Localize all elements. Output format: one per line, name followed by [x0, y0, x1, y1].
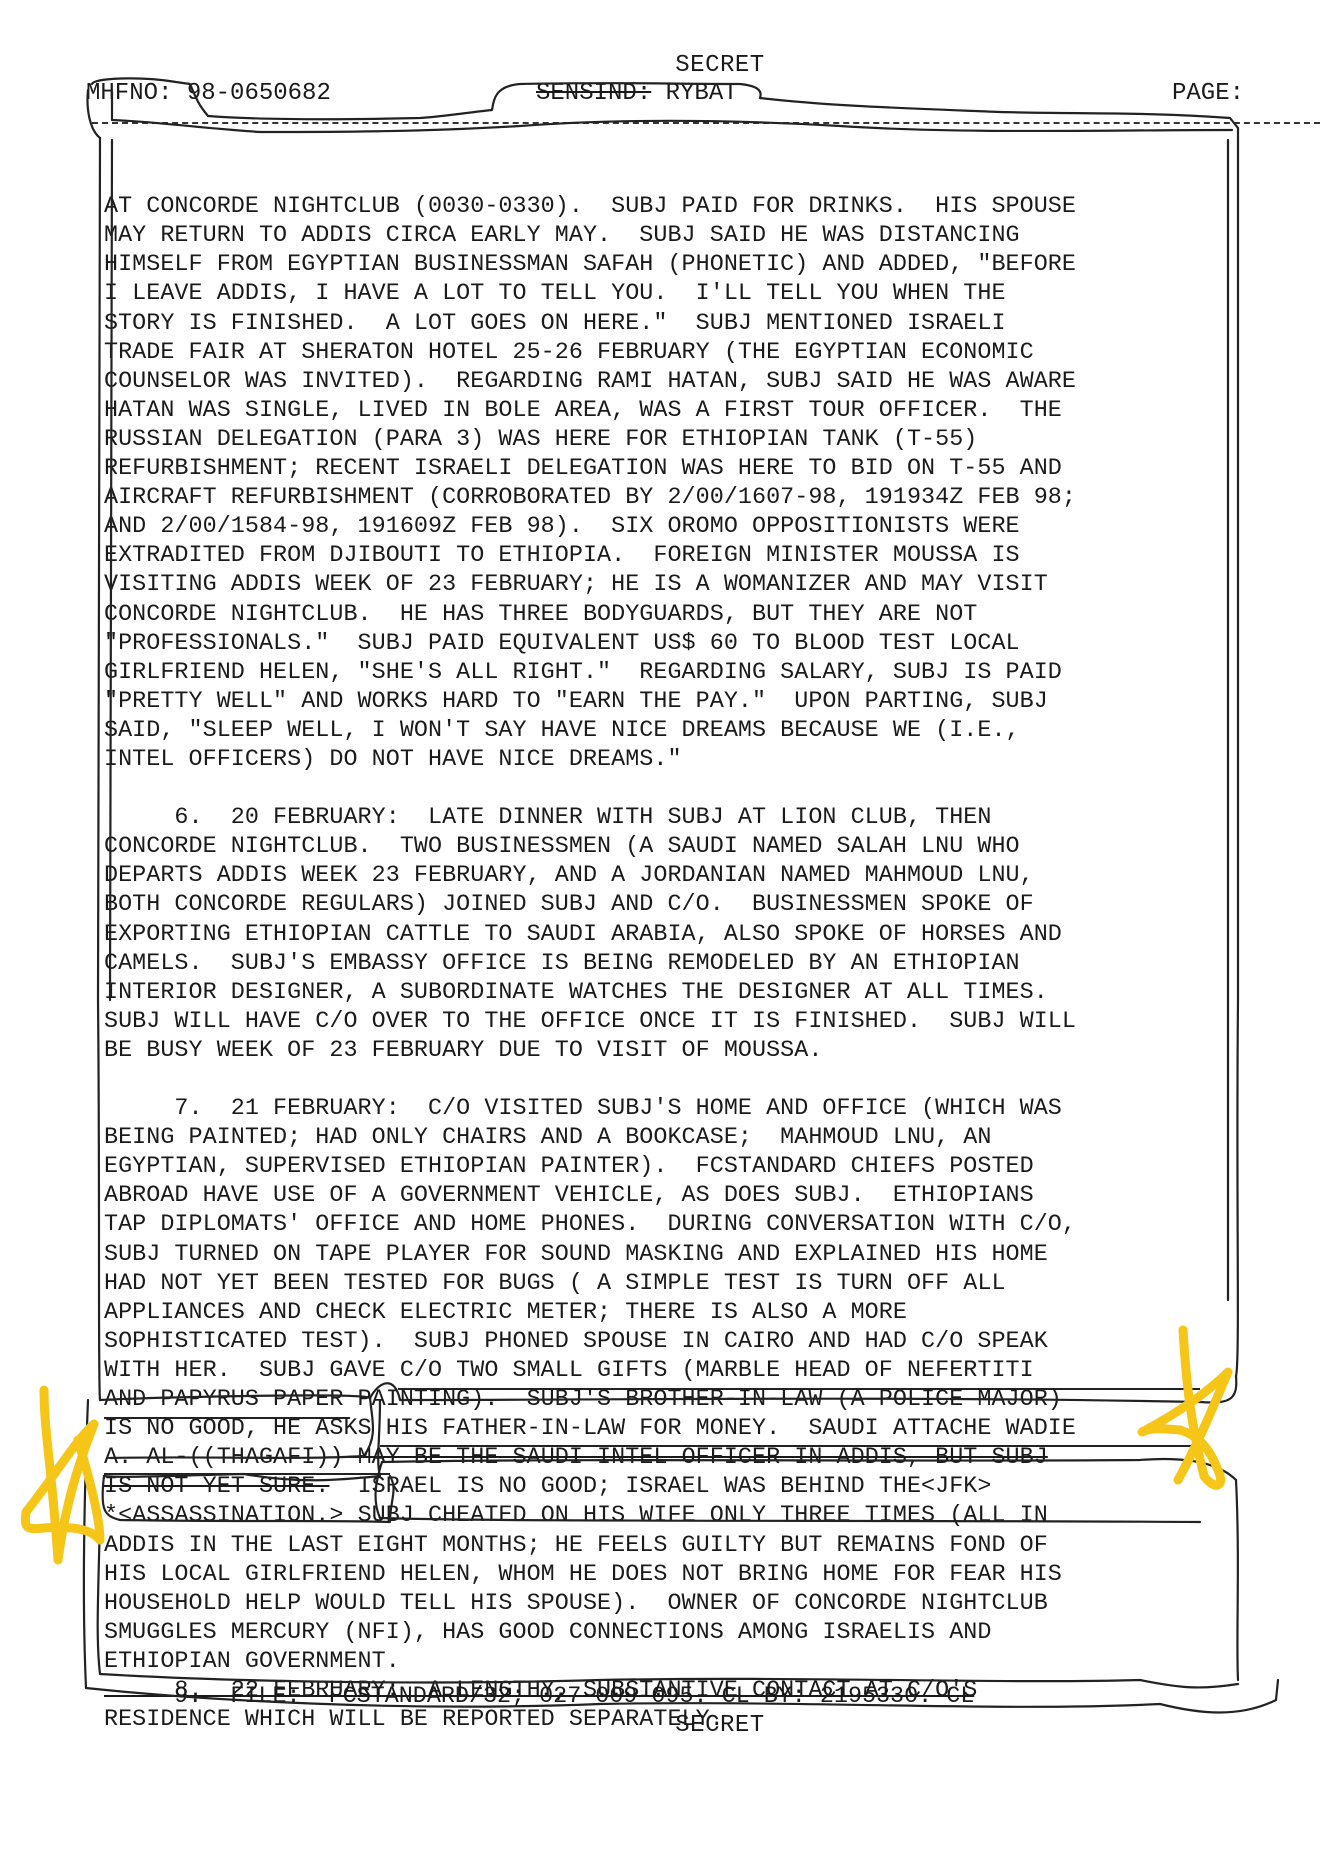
left-border — [97, 138, 100, 1400]
text-line: BE BUSY WEEK OF 23 FEBRUARY DUE TO VISIT… — [104, 1037, 1264, 1066]
text-line: SAID, "SLEEP WELL, I WON'T SAY HAVE NICE… — [104, 717, 1264, 746]
text-line: SUBJ WILL HAVE C/O OVER TO THE OFFICE ON… — [104, 1008, 1264, 1037]
text-line: "PRETTY WELL" AND WORKS HARD TO "EARN TH… — [104, 688, 1264, 717]
text-line: TRADE FAIR AT SHERATON HOTEL 25-26 FEBRU… — [104, 339, 1264, 368]
thagafi-name: A. AL-((THAGAFI)) — [104, 1445, 343, 1471]
file-line: 9. FILE: FCSTANDARD/32; 027-009-095. CL … — [104, 1684, 974, 1710]
text-segment: SUBJ CHEATED ON HIS WIFE ONLY THREE TIME… — [343, 1503, 1047, 1529]
text-line: CAMELS. SUBJ'S EMBASSY OFFICE IS BEING R… — [104, 950, 1264, 979]
text-line: AND 2/00/1584-98, 191609Z FEB 98). SIX O… — [104, 513, 1264, 542]
text-line: 7. 21 FEBRUARY: C/O VISITED SUBJ'S HOME … — [104, 1095, 1264, 1124]
text-line: EGYPTIAN, SUPERVISED ETHIOPIAN PAINTER).… — [104, 1153, 1264, 1182]
text-line: GIRLFRIEND HELEN, "SHE'S ALL RIGHT." REG… — [104, 659, 1264, 688]
text-line: STORY IS FINISHED. A LOT GOES ON HERE." … — [104, 310, 1264, 339]
text-line: ABROAD HAVE USE OF A GOVERNMENT VEHICLE,… — [104, 1182, 1264, 1211]
text-line: CONCORDE NIGHTCLUB. HE HAS THREE BODYGUA… — [104, 601, 1264, 630]
header-divider — [92, 122, 1320, 124]
sensind-field: SENSIND: RYBAT — [536, 80, 738, 107]
redacted-line: A. AL-((THAGAFI)) MAY BE THE SAUDI INTEL… — [104, 1444, 1264, 1473]
text-line: "PROFESSIONALS." SUBJ PAID EQUIVALENT US… — [104, 630, 1264, 659]
document-page: SECRET MHFNO: 98-0650682 SENSIND: RYBAT … — [0, 0, 1320, 1873]
text-line: BOTH CONCORDE REGULARS) JOINED SUBJ AND … — [104, 891, 1264, 920]
star-mark-left-icon — [25, 1390, 100, 1560]
mhfno-field: MHFNO: 98-0650682 — [86, 80, 331, 107]
text-line: INTERIOR DESIGNER, A SUBORDINATE WATCHES… — [104, 979, 1264, 1008]
text-line: WITH HER. SUBJ GAVE C/O TWO SMALL GIFTS … — [104, 1357, 1264, 1386]
classification-bottom: SECRET — [0, 1712, 1320, 1739]
struck-text: IS NOT YET SURE. — [104, 1474, 329, 1500]
text-line: AND PAPYRUS PAPER PAINTING). SUBJ'S BROT… — [104, 1386, 1264, 1415]
redacted-line: *<ASSASSINATION.> SUBJ CHEATED ON HIS WI… — [104, 1502, 1264, 1531]
cable-body: AT CONCORDE NIGHTCLUB (0030-0330). SUBJ … — [104, 135, 1264, 1735]
sensind-value: RYBAT — [666, 80, 738, 107]
struck-text: MAY BE THE SAUDI INTEL OFFICER IN ADDIS,… — [343, 1445, 1047, 1471]
text-line: I LEAVE ADDIS, I HAVE A LOT TO TELL YOU.… — [104, 280, 1264, 309]
text-line: COUNSELOR WAS INVITED). REGARDING RAMI H… — [104, 368, 1264, 397]
text-line: EXPORTING ETHIOPIAN CATTLE TO SAUDI ARAB… — [104, 921, 1264, 950]
assassination-text: *<ASSASSINATION.> — [104, 1503, 343, 1529]
text-segment: ISRAEL IS NO GOOD; ISRAEL WAS BEHIND THE… — [329, 1474, 991, 1500]
mhfno-label: MHFNO: — [86, 80, 172, 107]
text-line: DEPARTS ADDIS WEEK 23 FEBRUARY, AND A JO… — [104, 862, 1264, 891]
text-line: 6. 20 FEBRUARY: LATE DINNER WITH SUBJ AT… — [104, 804, 1264, 833]
text-line: IS NO GOOD, HE ASKS HIS FATHER-IN-LAW FO… — [104, 1415, 1264, 1444]
mhfno-value: 98-0650682 — [187, 80, 331, 107]
text-line: AIRCRAFT REFURBISHMENT (CORROBORATED BY … — [104, 484, 1264, 513]
classification-top: SECRET — [0, 52, 1320, 79]
text-line: REFURBISHMENT; RECENT ISRAELI DELEGATION… — [104, 455, 1264, 484]
text-line: ETHIOPIAN GOVERNMENT. — [104, 1648, 1264, 1677]
text-line: HIMSELF FROM EGYPTIAN BUSINESSMAN SAFAH … — [104, 251, 1264, 280]
text-line — [104, 1066, 1264, 1095]
text-line: BEING PAINTED; HAD ONLY CHAIRS AND A BOO… — [104, 1124, 1264, 1153]
text-line: ADDIS IN THE LAST EIGHT MONTHS; HE FEELS… — [104, 1532, 1264, 1561]
text-line: APPLIANCES AND CHECK ELECTRIC METER; THE… — [104, 1299, 1264, 1328]
text-line: EXTRADITED FROM DJIBOUTI TO ETHIOPIA. FO… — [104, 542, 1264, 571]
text-line: HIS LOCAL GIRLFRIEND HELEN, WHOM HE DOES… — [104, 1561, 1264, 1590]
text-line: MAY RETURN TO ADDIS CIRCA EARLY MAY. SUB… — [104, 222, 1264, 251]
text-line: SMUGGLES MERCURY (NFI), HAS GOOD CONNECT… — [104, 1619, 1264, 1648]
file-line-text: 9. FILE: FCSTANDARD/32; 027-009-095. CL … — [104, 1684, 974, 1710]
text-line: INTEL OFFICERS) DO NOT HAVE NICE DREAMS.… — [104, 746, 1264, 775]
text-line: HAD NOT YET BEEN TESTED FOR BUGS ( A SIM… — [104, 1270, 1264, 1299]
text-line: SUBJ TURNED ON TAPE PLAYER FOR SOUND MAS… — [104, 1241, 1264, 1270]
text-line: VISITING ADDIS WEEK OF 23 FEBRUARY; HE I… — [104, 571, 1264, 600]
text-line: SOPHISTICATED TEST). SUBJ PHONED SPOUSE … — [104, 1328, 1264, 1357]
redacted-line: IS NOT YET SURE. ISRAEL IS NO GOOD; ISRA… — [104, 1473, 1264, 1502]
page-label: PAGE: — [1172, 80, 1244, 107]
text-line: CONCORDE NIGHTCLUB. TWO BUSINESSMEN (A S… — [104, 833, 1264, 862]
sensind-label: SENSIND: — [536, 80, 651, 107]
text-line: TAP DIPLOMATS' OFFICE AND HOME PHONES. D… — [104, 1211, 1264, 1240]
text-line: AT CONCORDE NIGHTCLUB (0030-0330). SUBJ … — [104, 193, 1264, 222]
text-line: HATAN WAS SINGLE, LIVED IN BOLE AREA, WA… — [104, 397, 1264, 426]
text-line: HOUSEHOLD HELP WOULD TELL HIS SPOUSE). O… — [104, 1590, 1264, 1619]
text-line — [104, 775, 1264, 804]
text-line: RUSSIAN DELEGATION (PARA 3) WAS HERE FOR… — [104, 426, 1264, 455]
